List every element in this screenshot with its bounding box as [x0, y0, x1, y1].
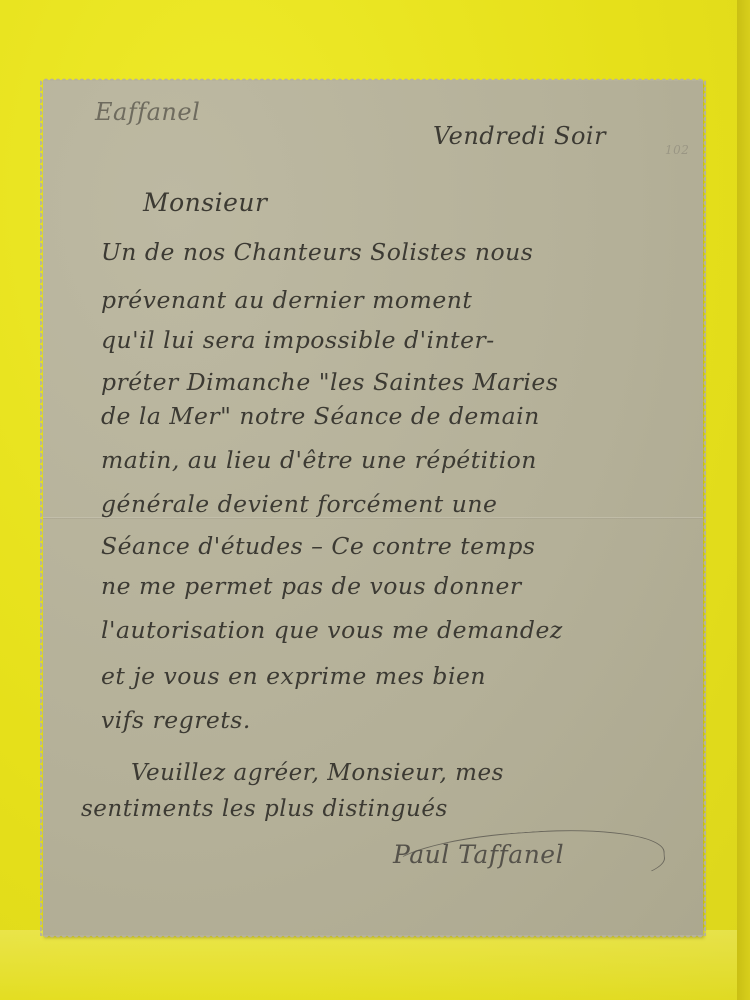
perforated-edge-right: [702, 80, 706, 936]
signature: Paul Taffanel: [393, 840, 564, 869]
body-line: de la Mer" notre Séance de demain: [101, 402, 540, 430]
body-line: vifs regrets.: [101, 706, 251, 734]
salutation: Monsieur: [143, 188, 267, 217]
body-line: préter Dimanche "les Saintes Maries: [101, 368, 558, 396]
letter-card: Eaffanel Vendredi Soir 102 Monsieur Un d…: [43, 80, 703, 936]
body-line: Un de nos Chanteurs Solistes nous: [101, 238, 533, 266]
body-line: et je vous en exprime mes bien: [101, 662, 486, 690]
closing-line: sentiments les plus distingués: [81, 796, 448, 822]
body-line: matin, au lieu d'être une répétition: [101, 446, 537, 474]
perforated-edge-left: [40, 80, 44, 936]
letter-date: Vendredi Soir: [433, 122, 606, 150]
background-edge-strip: [737, 0, 750, 1000]
body-line: ne me permet pas de vous donner: [101, 572, 522, 600]
background-light: [0, 930, 737, 1000]
pencil-note: 102: [665, 143, 689, 157]
body-line: qu'il lui sera impossible d'inter-: [101, 326, 495, 354]
body-line: l'autorisation que vous me demandez: [101, 616, 563, 644]
name-annotation: Eaffanel: [95, 98, 200, 126]
body-line: prévenant au dernier moment: [101, 286, 472, 314]
closing-line: Veuillez agréer, Monsieur, mes: [131, 760, 504, 786]
body-line: générale devient forcément une: [101, 490, 497, 518]
body-line: Séance d'études – Ce contre temps: [101, 532, 535, 560]
